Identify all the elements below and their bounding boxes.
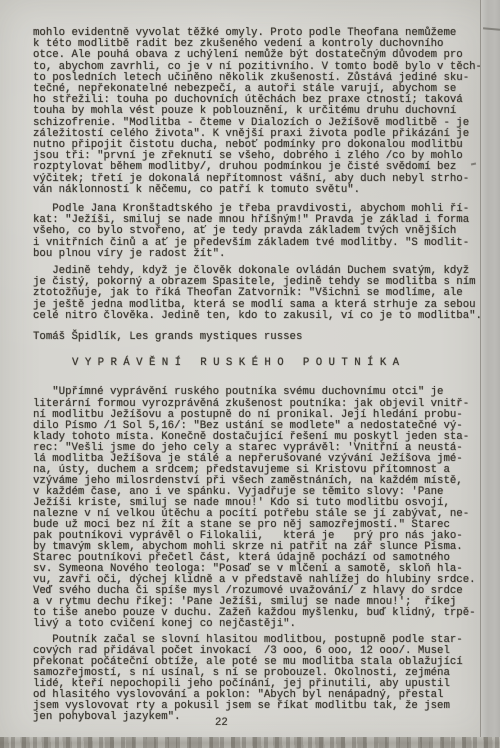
text-line: touha by mohla vést pouze k poblouznění,… [33, 106, 485, 117]
text-line: otce. Ale pouhá obava z uchýlení nemůže … [33, 50, 485, 61]
text-line: ztotožňuje, jak to říká Theofan Zatvorni… [33, 288, 485, 299]
paragraph: mohlo evidentně vyvolat těžké omyly. Pro… [33, 28, 485, 196]
page-number: 22 [215, 717, 228, 729]
paragraph: Podle Jana Kronštadtského je třeba pravd… [33, 204, 485, 260]
paragraph: Poutník začal se slovní hlasitou modlitb… [33, 635, 485, 723]
text-line: překonat počáteční obtíže, ale poté se m… [33, 657, 485, 668]
text-line: jen pohyboval jazykem". [33, 712, 485, 723]
scanned-page: mohlo evidentně vyvolat těžké omyly. Pro… [0, 0, 500, 748]
text-line: Tomáš Špidlík, Les grands mystiques russ… [33, 332, 485, 343]
text-line: ván náklonností k něčemu, co patří k tom… [33, 185, 485, 196]
page-bottom-edge-shadow [0, 737, 500, 748]
text-line: "Upřímné vyprávění ruského poutníka svém… [33, 387, 485, 398]
text-line: livý a toto cvičení konej co nejčastěji"… [33, 619, 485, 630]
text-line: celé nitro člověka. Jedině ten, kdo to z… [33, 311, 485, 322]
text-line: V Y P R Á V Ě N Í R U S K É H O P O U T … [33, 358, 485, 369]
text-line: bou plnou víry je radost žít". [33, 249, 485, 260]
text-column: mohlo evidentně vyvolat těžké omyly. Pro… [33, 28, 485, 723]
paragraph: Jedině tehdy, když je člověk dokonale ov… [33, 266, 485, 322]
text-line: cových rad přidával počet invokací /3 oo… [33, 646, 485, 657]
attribution: Tomáš Špidlík, Les grands mystiques russ… [33, 332, 485, 343]
page-right-edge-shadow [480, 0, 500, 748]
paragraph: "Upřímné vyprávění ruského poutníka svém… [33, 387, 485, 630]
text-line: všeho, co bylo stvořeno, ať je tedy prav… [33, 226, 485, 237]
text-line: Poutník začal se slovní hlasitou modlitb… [33, 635, 485, 646]
text-line: literární formou vyrozprávěná zkušenost … [33, 399, 485, 410]
heading: V Y P R Á V Ě N Í R U S K É H O P O U T … [33, 358, 485, 369]
text-line: dilo Písmo /1 Sol 5,16/: "Bez ustání se … [33, 421, 485, 432]
text-line: ní modlitbu Ježíšovu a postupně do ní pr… [33, 410, 485, 421]
text-line: rozptylovat během modlitby/, druhou podm… [33, 162, 485, 173]
